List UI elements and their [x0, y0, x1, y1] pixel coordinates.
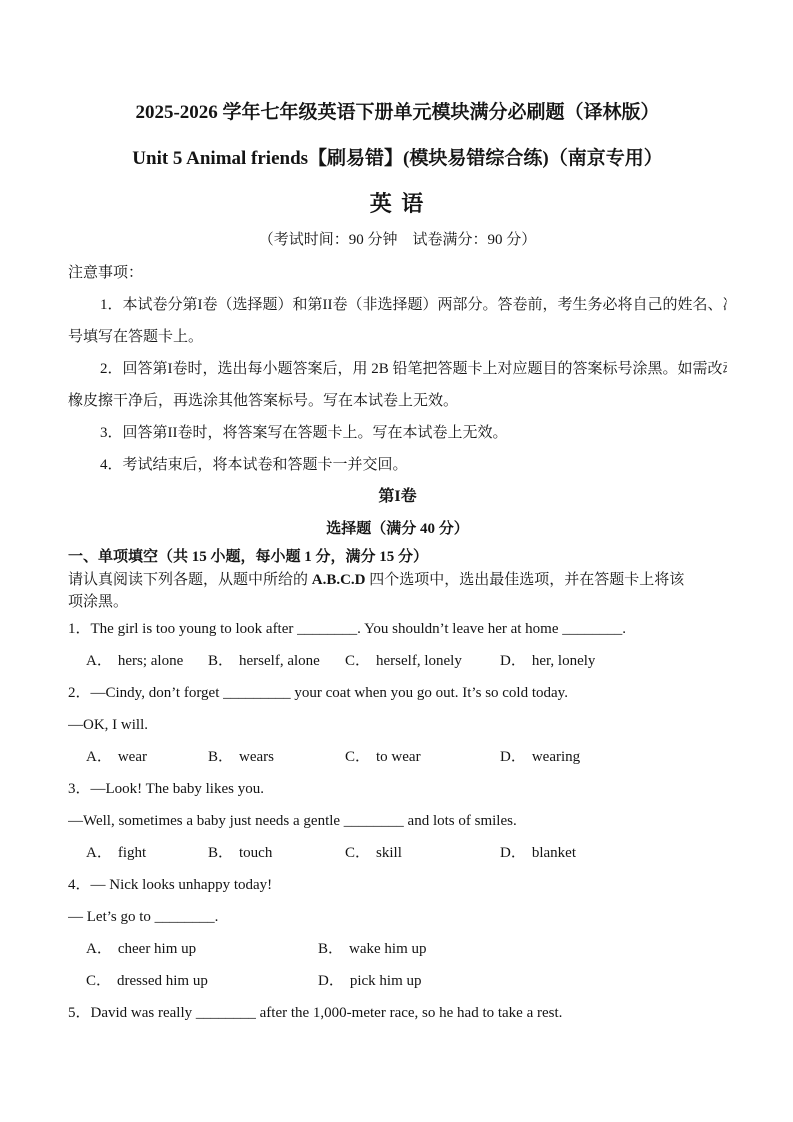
notice-3: 3．回答第II卷时，将答案写在答题卡上。写在本试卷上无效。: [68, 417, 727, 449]
question-3-stem: 3．—Look! The baby likes you.: [68, 773, 727, 805]
question-3: 3．—Look! The baby likes you. —Well, some…: [68, 773, 727, 869]
question-4-option-a: A．cheer him up: [86, 933, 318, 965]
option-d-label: D．: [500, 845, 526, 861]
option-c-label: C．: [86, 973, 111, 989]
option-b-text: wake him up: [349, 941, 426, 957]
question-1-option-d: D．her, lonely: [500, 645, 595, 677]
option-c-text: skill: [376, 845, 402, 861]
option-b-label: B．: [208, 653, 233, 669]
question-4-stem: 4．— Nick looks unhappy today!: [68, 869, 727, 901]
question-3-options: A．fight B．touch C．skill D．blanket: [86, 837, 727, 869]
option-a-text: wear: [118, 749, 147, 765]
question-list: 1．The girl is too young to look after __…: [68, 613, 727, 1029]
notices-heading: 注意事项：: [68, 257, 727, 289]
instructions-post: 四个选项中，选出最佳选项，并在答题卡上将该: [366, 572, 685, 588]
option-a-label: A．: [86, 941, 112, 957]
option-c-text: to wear: [376, 749, 421, 765]
instructions-line-2: 项涂黑。: [68, 591, 727, 613]
question-2-option-d: D．wearing: [500, 741, 580, 773]
question-1-stem: 1．The girl is too young to look after __…: [68, 613, 727, 645]
question-3-option-b: B．touch: [208, 837, 345, 869]
option-d-label: D．: [500, 653, 526, 669]
notice-1-line-1: 1．本试卷分第I卷（选择题）和第II卷（非选择题）两部分。答卷前，考生务必将自己…: [68, 289, 727, 321]
question-4-option-d: D．pick him up: [318, 965, 427, 997]
option-b-text: wears: [239, 749, 274, 765]
paper-title: 2025-2026 学年七年级英语下册单元模块满分必刷题（译林版）: [68, 100, 727, 126]
question-3-option-a: A．fight: [86, 837, 208, 869]
question-3-option-d: D．blanket: [500, 837, 576, 869]
question-2-option-b: B．wears: [208, 741, 345, 773]
question-1-option-b: B．herself, alone: [208, 645, 345, 677]
question-2-reply: —OK, I will.: [68, 709, 727, 741]
question-2-stem: 2．—Cindy, don’t forget _________ your co…: [68, 677, 727, 709]
notice-4: 4．考试结束后，将本试卷和答题卡一并交回。: [68, 449, 727, 481]
question-5-stem: 5．David was really ________ after the 1,…: [68, 997, 727, 1029]
exam-paper-page: 2025-2026 学年七年级英语下册单元模块满分必刷题（译林版） Unit 5…: [0, 0, 793, 1122]
option-a-label: A．: [86, 845, 112, 861]
option-a-text: fight: [118, 845, 146, 861]
question-2-options: A．wear B．wears C．to wear D．wearing: [86, 741, 727, 773]
instructions-line-1: 请认真阅读下列各题，从题中所给的 A.B.C.D 四个选项中，选出最佳选项，并在…: [68, 569, 727, 591]
option-b-label: B．: [208, 749, 233, 765]
option-b-label: B．: [318, 941, 343, 957]
option-b-text: herself, alone: [239, 653, 320, 669]
question-1: 1．The girl is too young to look after __…: [68, 613, 727, 677]
option-d-text: wearing: [532, 749, 580, 765]
option-c-text: dressed him up: [117, 973, 208, 989]
option-c-label: C．: [345, 653, 370, 669]
question-4-reply: — Let’s go to ________.: [68, 901, 727, 933]
option-letters: A.B.C.D: [312, 572, 366, 588]
part1-heading: 一、单项填空（共 15 小题，每小题 1 分，满分 15 分）: [68, 545, 727, 569]
question-1-options: A．hers; alone B．herself, alone C．herself…: [86, 645, 727, 677]
instructions-pre: 请认真阅读下列各题，从题中所给的: [68, 572, 312, 588]
question-5: 5．David was really ________ after the 1,…: [68, 997, 727, 1029]
question-1-option-a: A．hers; alone: [86, 645, 208, 677]
question-4: 4．— Nick looks unhappy today! — Let’s go…: [68, 869, 727, 997]
unit-title: Unit 5 Animal friends【刷易错】(模块易错综合练)（南京专用…: [68, 146, 727, 172]
option-c-label: C．: [345, 845, 370, 861]
subject-title: 英 语: [68, 189, 727, 219]
part1-instructions: 请认真阅读下列各题，从题中所给的 A.B.C.D 四个选项中，选出最佳选项，并在…: [68, 569, 727, 613]
question-4-options: A．cheer him up B．wake him up C．dressed h…: [86, 933, 727, 997]
option-a-label: A．: [86, 749, 112, 765]
notices-section: 注意事项： 1．本试卷分第I卷（选择题）和第II卷（非选择题）两部分。答卷前，考…: [68, 257, 727, 481]
question-3-option-c: C．skill: [345, 837, 500, 869]
multiple-choice-heading: 选择题（满分 40 分）: [68, 513, 727, 545]
option-d-label: D．: [500, 749, 526, 765]
option-d-text: pick him up: [350, 973, 422, 989]
option-c-label: C．: [345, 749, 370, 765]
option-d-label: D．: [318, 973, 344, 989]
option-d-text: blanket: [532, 845, 576, 861]
option-d-text: her, lonely: [532, 653, 596, 669]
notice-2-line-1: 2．回答第I卷时，选出每小题答案后，用 2B 铅笔把答题卡上对应题目的答案标号涂…: [68, 353, 727, 385]
volume-1-title: 第I卷: [68, 481, 727, 513]
notice-1-line-2: 号填写在答题卡上。: [68, 321, 727, 353]
option-a-text: cheer him up: [118, 941, 196, 957]
question-3-reply: —Well, sometimes a baby just needs a gen…: [68, 805, 727, 837]
option-c-text: herself, lonely: [376, 653, 462, 669]
question-2-option-c: C．to wear: [345, 741, 500, 773]
notice-2-line-2: 橡皮擦干净后，再选涂其他答案标号。写在本试卷上无效。: [68, 385, 727, 417]
question-1-option-c: C．herself, lonely: [345, 645, 500, 677]
option-b-text: touch: [239, 845, 272, 861]
option-b-label: B．: [208, 845, 233, 861]
question-4-option-c: C．dressed him up: [86, 965, 318, 997]
question-4-option-b: B．wake him up: [318, 933, 427, 965]
exam-time-info: （考试时间：90 分钟 试卷满分：90 分）: [68, 229, 727, 251]
option-a-label: A．: [86, 653, 112, 669]
question-2-option-a: A．wear: [86, 741, 208, 773]
question-2: 2．—Cindy, don’t forget _________ your co…: [68, 677, 727, 773]
option-a-text: hers; alone: [118, 653, 183, 669]
